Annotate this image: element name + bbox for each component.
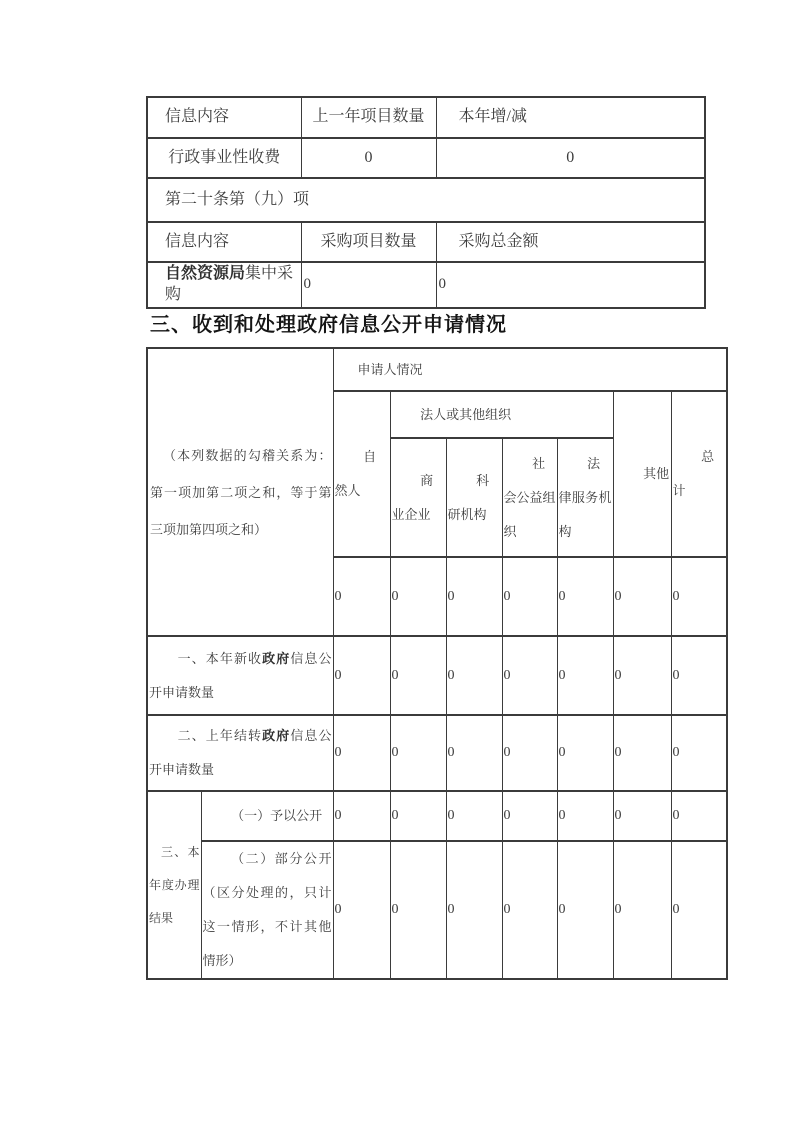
table-row: 信息内容 上一年项目数量 本年增/减 [147,97,705,138]
row-label-new-requests: 一、本年新收政府信息公开申请数量 [147,636,333,715]
fees-and-procurement-table: 信息内容 上一年项目数量 本年增/减 行政事业性收费 0 0 第二十条第（九）项… [146,96,706,309]
value-cell: 0 [557,557,613,636]
value-cell: 0 [502,841,557,979]
value-cell: 0 [390,841,446,979]
value-cell: 0 [671,636,727,715]
label-text: 二、上年结转 [178,728,263,743]
section-row-article-20-item-9: 第二十条第（九）项 [147,178,705,222]
table-row: 一、本年新收政府信息公开申请数量 0 0 0 0 0 0 0 [147,636,727,715]
col-header-info-content: 信息内容 [147,97,301,138]
value-cell: 0 [333,636,390,715]
value-cell: 0 [671,557,727,636]
value-cell: 0 [613,557,671,636]
value-cell: 0 [613,636,671,715]
value-cell: 0 [436,138,705,178]
row-label-granted-disclosure: （一）予以公开 [201,791,333,841]
value-cell: 0 [671,715,727,791]
value-cell: 0 [333,715,390,791]
value-cell: 0 [446,557,502,636]
value-cell: 0 [557,715,613,791]
col-header-procurement-total: 采购总金额 [436,222,705,262]
value-cell: 0 [502,557,557,636]
value-cell: 0 [333,557,390,636]
value-cell: 0 [333,841,390,979]
value-cell: 0 [671,841,727,979]
col-header-procurement-count: 采购项目数量 [301,222,436,262]
col-header-applicant-info: 申请人情况 [333,348,727,391]
value-cell: 0 [502,715,557,791]
value-cell: 0 [390,791,446,841]
value-cell: 0 [333,791,390,841]
row-label-carried-over-requests: 二、上年结转政府信息公开申请数量 [147,715,333,791]
col-header-natural-person: 自然人 [333,391,390,557]
col-header-legal-service-org: 法律服务机构 [557,438,613,557]
agency-name: 自然资源局 [165,265,245,282]
value-cell: 0 [502,636,557,715]
value-cell: 0 [301,262,436,308]
col-header-prev-year-count: 上一年项目数量 [301,97,436,138]
row-label-partial-disclosure: （二）部分公开（区分处理的，只计这一情形，不计其他情形） [201,841,333,979]
document-page: 信息内容 上一年项目数量 本年增/减 行政事业性收费 0 0 第二十条第（九）项… [0,0,793,1122]
value-cell: 0 [671,791,727,841]
value-cell: 0 [446,636,502,715]
value-cell: 0 [446,715,502,791]
col-header-other: 其他 [613,391,671,557]
value-cell: 0 [390,715,446,791]
value-cell: 0 [390,557,446,636]
col-header-year-change: 本年增/减 [436,97,705,138]
table-row: （二）部分公开（区分处理的，只计这一情形，不计其他情形） 0 0 0 0 0 0… [147,841,727,979]
value-cell: 0 [301,138,436,178]
col-header-legal-or-other-org: 法人或其他组织 [390,391,613,438]
table-row: 自然资源局集中采购 0 0 [147,262,705,308]
label-text: 一、本年新收 [178,651,263,666]
table-row: 第二十条第（九）项 [147,178,705,222]
col-header-commercial-enterprise: 商业企业 [390,438,446,557]
row-label-processing-results: 三、本年度办理结果 [147,791,201,979]
value-cell: 0 [557,636,613,715]
value-cell: 0 [557,841,613,979]
row-label-admin-fees: 行政事业性收费 [147,138,301,178]
col-header-total: 总计 [671,391,727,557]
table-row: （本列数据的勾稽关系为：第一项加第二项之和，等于第三项加第四项之和） 申请人情况 [147,348,727,391]
col-header-info-content: 信息内容 [147,222,301,262]
value-cell: 0 [613,715,671,791]
label-bold: 政府 [262,728,290,743]
value-cell: 0 [613,841,671,979]
table-row: 三、本年度办理结果 （一）予以公开 0 0 0 0 0 0 0 [147,791,727,841]
value-cell: 0 [446,791,502,841]
value-cell: 0 [613,791,671,841]
requests-table: （本列数据的勾稽关系为：第一项加第二项之和，等于第三项加第四项之和） 申请人情况… [146,347,728,980]
value-cell: 0 [557,791,613,841]
col-header-public-welfare-org: 社会公益组织 [502,438,557,557]
value-cell: 0 [446,841,502,979]
value-cell: 0 [390,636,446,715]
table-row: 二、上年结转政府信息公开申请数量 0 0 0 0 0 0 0 [147,715,727,791]
section-heading: 三、收到和处理政府信息公开申请情况 [150,308,507,337]
col-header-research-institution: 科研机构 [446,438,502,557]
table-row: 信息内容 采购项目数量 采购总金额 [147,222,705,262]
value-cell: 0 [436,262,705,308]
table-row: 行政事业性收费 0 0 [147,138,705,178]
value-cell: 0 [502,791,557,841]
label-bold: 政府 [262,651,290,666]
row-label-centralized-procurement: 自然资源局集中采购 [147,262,301,308]
reconciliation-note: （本列数据的勾稽关系为：第一项加第二项之和，等于第三项加第四项之和） [147,348,333,636]
